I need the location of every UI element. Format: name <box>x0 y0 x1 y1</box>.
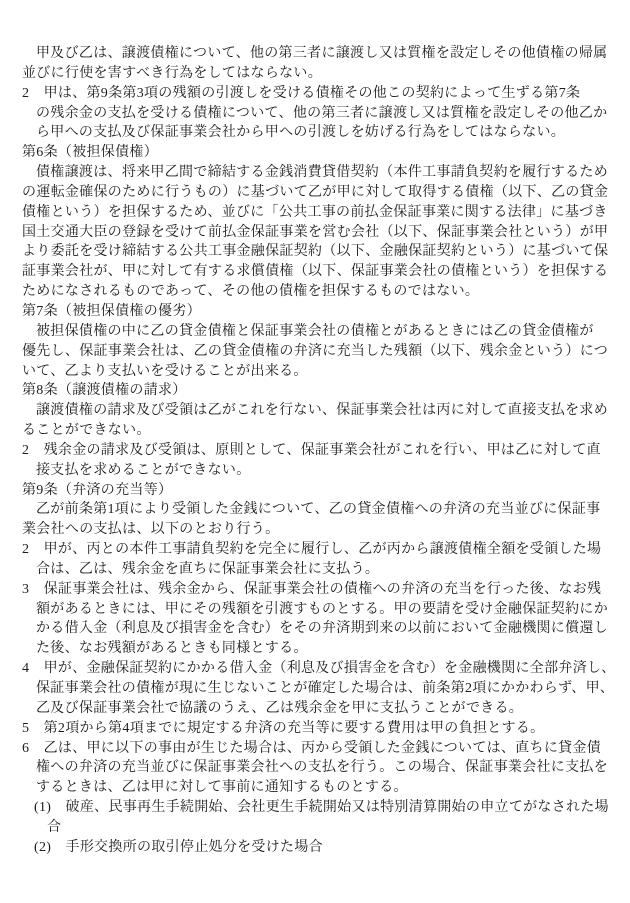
sub-item-line: (2) 手形交換所の取引停止処分を受けた場合 <box>22 838 614 858</box>
paragraph-line: 甲及び乙は、譲渡債権について、他の第三者に譲渡し又は質権を設定しその他債権の帰属 <box>22 44 614 64</box>
paragraph-line: 債権という）を担保するため、並びに「公共工事の前払金保証事業に関する法律」に基づ… <box>22 203 614 223</box>
paragraph-line: 譲渡債権の請求及び受領は乙がこれを行ない、保証事業会社は丙に対して直接支払を求め <box>22 401 614 421</box>
paragraph-line: 優先し、保証事業会社は、乙の貸金債権の弁済に充当した残額（以下、残余金という）に… <box>22 342 614 362</box>
paragraph-line: いて、乙より支払いを受けることが出来る。 <box>22 362 614 382</box>
sub-item-line: 合 <box>22 818 614 838</box>
numbered-item-line: た後、なお残額があるときも同様とする。 <box>22 639 614 659</box>
numbered-item-line: 2 残余金の請求及び受領は、原則として、保証事業会社がこれを行い、甲は乙に対して… <box>22 441 614 461</box>
paragraph-line: の運転金確保のために行うもの）に基づいて乙が甲に対して取得する債権（以下、乙の貸… <box>22 183 614 203</box>
paragraph-line: 債権譲渡は、将来甲乙間で締結する金銭消費貸借契約（本件工事請負契約を履行するため <box>22 163 614 183</box>
document-body: 甲及び乙は、譲渡債権について、他の第三者に譲渡し又は質権を設定しその他債権の帰属… <box>22 44 614 858</box>
numbered-item-line: の残余金の支払を受ける債権について、他の第三者に譲渡し又は質権を設定しその他乙か <box>22 104 614 124</box>
numbered-item-line: かる借入金（利息及び損害金を含む）をその弁済期到来の以前において金融機関に償還し <box>22 619 614 639</box>
paragraph-line: ためになされるものであって、その他の債権を担保するものではない。 <box>22 282 614 302</box>
clause-heading: 第6条（被担保債権） <box>22 143 614 163</box>
numbered-item-line: 2 甲は、第9条第3項の残額の引渡しを受ける債権その他この契約によって生ずる第7… <box>22 84 614 104</box>
paragraph-line: 国土交通大臣の登録を受けて前払金保証事業を営む会社（以下、保証事業会社という）が… <box>22 223 614 243</box>
paragraph-line: 被担保債権の中に乙の貸金債権と保証事業会社の債権とがあるときには乙の貸金債権が <box>22 322 614 342</box>
clause-heading: 第7条（被担保債権の優劣） <box>22 302 614 322</box>
paragraph-line: より委託を受け締結する公共工事金融保証契約（以下、金融保証契約という）に基づいて… <box>22 242 614 262</box>
numbered-item-line: 乙及び保証事業会社で協議のうえ、乙は残余金を甲に支払うことができる。 <box>22 699 614 719</box>
numbered-item-line: 4 甲が、金融保証契約にかかる借入金（利息及び損害金を含む）を金融機関に全部弁済… <box>22 659 614 679</box>
numbered-item-line: 5 第2項から第4項までに規定する弁済の充当等に要する費用は甲の負担とする。 <box>22 719 614 739</box>
sub-item-line: (1) 破産、民事再生手続開始、会社更生手続開始又は特別清算開始の申立てがなされ… <box>22 798 614 818</box>
numbered-item-line: 権への弁済の充当並びに保証事業会社への支払を行う。この場合、保証事業会社に支払を <box>22 758 614 778</box>
paragraph-line: 業会社への支払は、以下のとおり行う。 <box>22 520 614 540</box>
numbered-item-line: するときは、乙は甲に対して事前に通知するものとする。 <box>22 778 614 798</box>
contract-document-page: 甲及び乙は、譲渡債権について、他の第三者に譲渡し又は質権を設定しその他債権の帰属… <box>0 0 630 903</box>
clause-heading: 第8条（譲渡債権の請求） <box>22 381 614 401</box>
numbered-item-line: 接支払を求めることができない。 <box>22 461 614 481</box>
paragraph-line: 並びに行使を害すべき行為をしてはならない。 <box>22 64 614 84</box>
numbered-item-line: 保証事業会社の債権が現に生じないことが確定した場合は、前条第2項にかかわらず、甲… <box>22 679 614 699</box>
paragraph-line: 証事業会社が、甲に対して有する求償債権（以下、保証事業会社の債権という）を担保す… <box>22 262 614 282</box>
numbered-item-line: 6 乙は、甲に以下の事由が生じた場合は、丙から受領した金銭については、直ちに貸金… <box>22 739 614 759</box>
clause-heading: 第9条（弁済の充当等） <box>22 481 614 501</box>
paragraph-line: 乙が前条第1項により受領した金銭について、乙の貸金債権への弁済の充当並びに保証事 <box>22 500 614 520</box>
numbered-item-line: 合は、乙は、残余金を直ちに保証事業会社に支払う。 <box>22 560 614 580</box>
paragraph-line: ることができない。 <box>22 421 614 441</box>
numbered-item-line: 3 保証事業会社は、残余金から、保証事業会社の債権への弁済の充当を行った後、なお… <box>22 580 614 600</box>
numbered-item-line: 2 甲が、丙との本件工事請負契約を完全に履行し、乙が丙から譲渡債権全額を受領した… <box>22 540 614 560</box>
numbered-item-line: ら甲への支払及び保証事業会社から甲への引渡しを妨げる行為をしてはならない。 <box>22 123 614 143</box>
numbered-item-line: 額があるときには、甲にその残額を引渡すものとする。甲の要請を受け金融保証契約にか <box>22 600 614 620</box>
